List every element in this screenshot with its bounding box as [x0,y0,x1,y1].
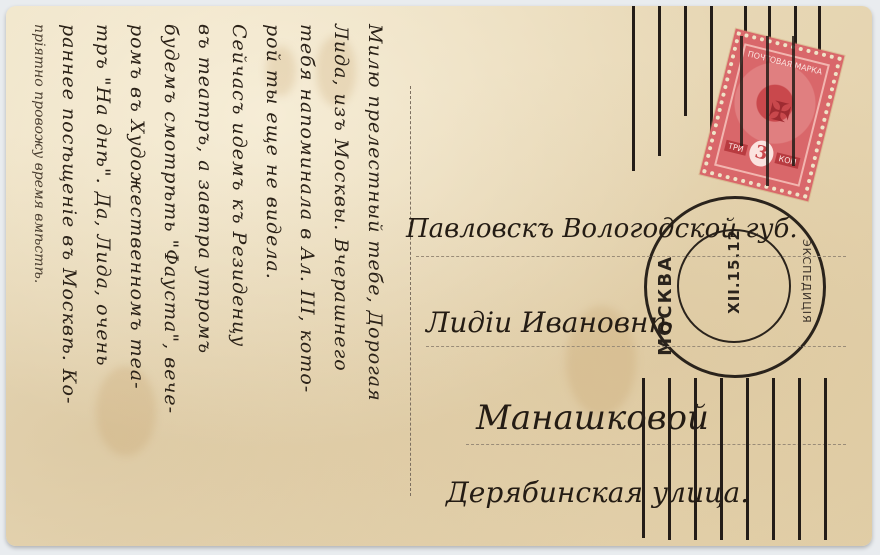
address-rule [416,256,846,257]
postcard: Милю прелестный тебе, Дорогая Лида, изъ … [6,6,872,546]
message-line: раннее посѣщеніе въ Москвѣ. Ко- [54,24,84,544]
center-divider [410,86,411,496]
address-line-2: Лидіи Ивановнѣ [426,306,673,339]
message-area: Милю прелестный тебе, Дорогая Лида, изъ … [6,6,406,546]
cancellation-bars-bottom [638,378,838,546]
message-line: тебя напоминала в Ал. III, кото- [292,24,322,544]
postmark-department: ЭКСПЕДИЦІЯ [800,239,813,324]
message-line: ромъ въ Художественномъ теа- [122,24,152,544]
address-line-1: Павловскъ Вологодской губ. [406,214,798,244]
message-line: тръ "На днѣ". Да, Лида, очень [88,24,118,544]
message-line: рой ты еще не видела. [258,24,288,544]
address-rule [426,346,846,347]
message-line: Милю прелестный тебе, Дорогая [360,24,390,544]
message-line: Лида, изъ Москвы. Вчерашнего [326,24,356,544]
message-line: въ театръ, а завтра утромъ [190,24,220,544]
message-line: будемъ смотрѣть "Фауста", вече- [156,24,186,544]
message-line: Сейчасъ идемъ къ Резиденцу [224,24,254,544]
message-line: пріятно провожу время вмѣстѣ. [24,24,54,544]
cancellation-bars-stamp [740,36,840,196]
